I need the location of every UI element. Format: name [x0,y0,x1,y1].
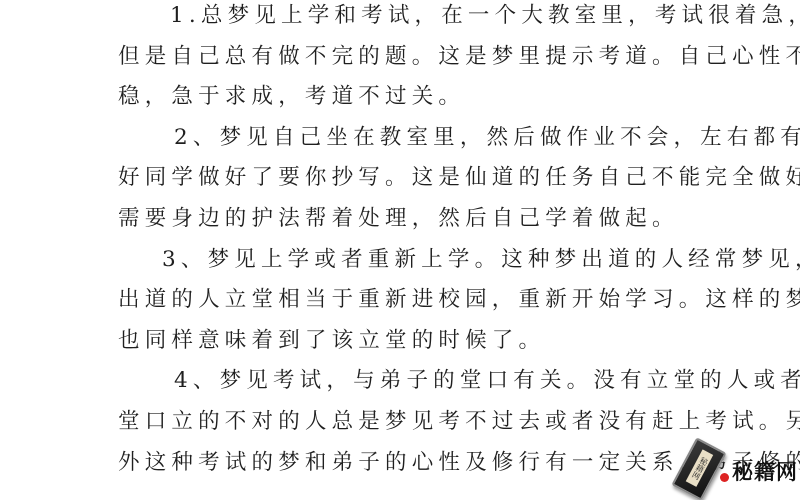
text-line: 稳，急于求成，考道不过关。 [118,77,698,118]
seal-icon [720,473,729,482]
text-line: 也同样意味着到了该立堂的时候了。 [118,321,698,362]
text-line: 需要身边的护法帮着处理，然后自己学着做起。 [118,199,698,240]
watermark-logo: 秘籍网 秘籍网 [676,440,800,498]
brand-text: 秘籍网 [732,456,798,486]
text-line: 4、梦见考试，与弟子的堂口有关。没有立堂的人或者 [118,361,698,402]
text-line: 但是自己总有做不完的题。这是梦里提示考道。自己心性不 [118,37,698,78]
document-body: 1.总梦见上学和考试，在一个大教室里，考试很着急， 但是自己总有做不完的题。这是… [118,0,698,483]
paragraph-4: 4、梦见考试，与弟子的堂口有关。没有立堂的人或者 堂口立的不对的人总是梦见考不过… [118,361,698,483]
text-line: 3、梦见上学或者重新上学。这种梦出道的人经常梦见， [118,240,698,281]
text-line: 2、梦见自己坐在教室里，然后做作业不会，左右都有 [118,118,698,159]
text-line: 1.总梦见上学和考试，在一个大教室里，考试很着急， [118,0,698,37]
book-icon: 秘籍网 [671,437,726,500]
text-line: 外这种考试的梦和弟子的心性及修行有一定关系，弟子修的 [118,443,698,484]
paragraph-2: 2、梦见自己坐在教室里，然后做作业不会，左右都有 好同学做好了要你抄写。这是仙道… [118,118,698,240]
text-line: 堂口立的不对的人总是梦见考不过去或者没有赶上考试。另 [118,402,698,443]
book-label: 秘籍网 [686,449,713,486]
paragraph-1: 1.总梦见上学和考试，在一个大教室里，考试很着急， 但是自己总有做不完的题。这是… [118,0,698,118]
text-line: 好同学做好了要你抄写。这是仙道的任务自己不能完全做好， [118,158,698,199]
text-line: 出道的人立堂相当于重新进校园，重新开始学习。这样的梦 [118,280,698,321]
paragraph-3: 3、梦见上学或者重新上学。这种梦出道的人经常梦见， 出道的人立堂相当于重新进校园… [118,240,698,362]
